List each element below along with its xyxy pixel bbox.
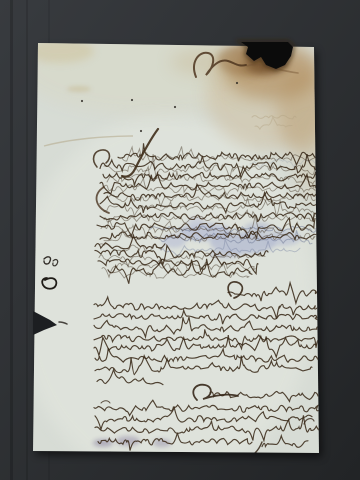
- ink-speck: [236, 82, 238, 84]
- manuscript-photo: [0, 0, 360, 480]
- cloth-fold: [26, 0, 28, 480]
- manuscript-scene: [0, 0, 360, 480]
- cloth-fold: [10, 0, 13, 480]
- stain: [67, 86, 91, 92]
- ink-speck: [140, 130, 142, 132]
- ink-speck: [81, 100, 83, 102]
- paper-surface: [15, 25, 330, 480]
- ink-speck: [131, 99, 133, 101]
- manuscript-figure: [0, 0, 360, 480]
- ink-speck: [174, 106, 176, 108]
